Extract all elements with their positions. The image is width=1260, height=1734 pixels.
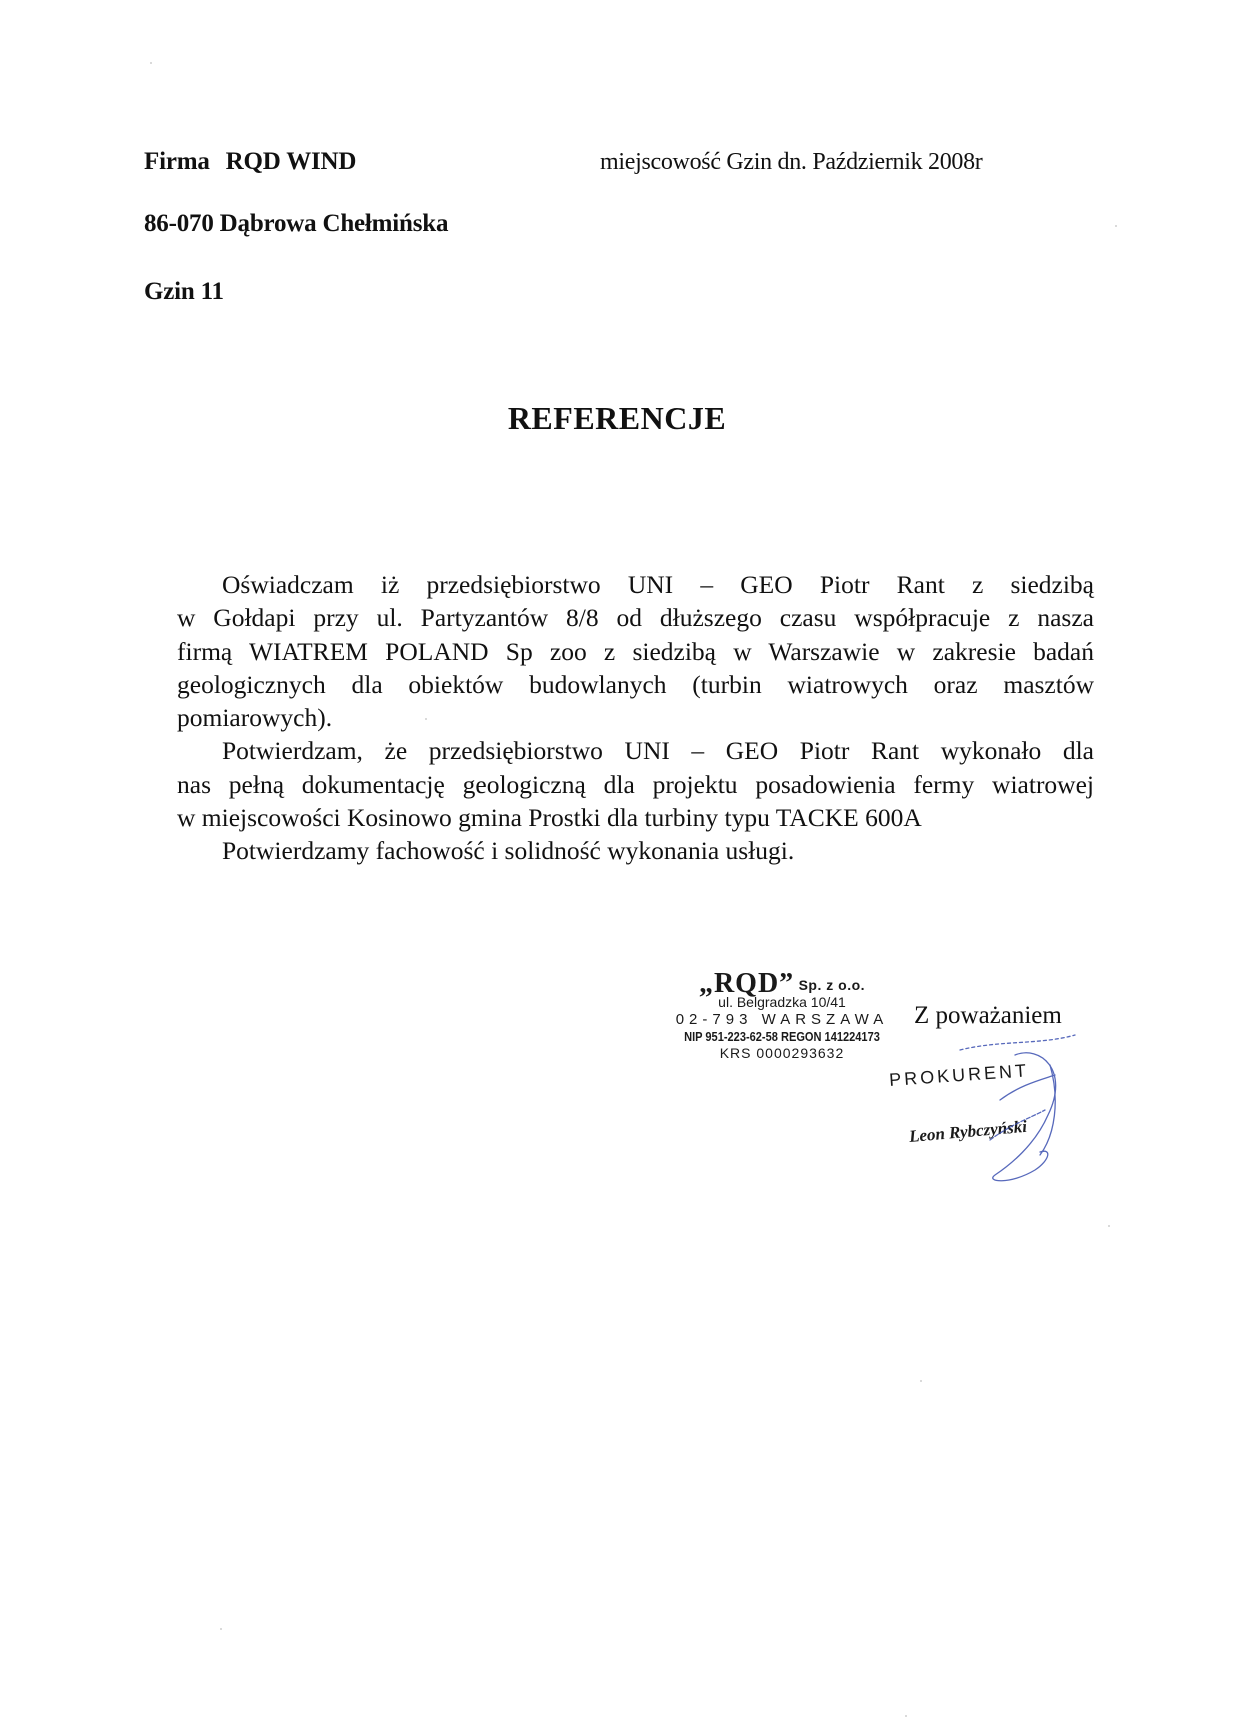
letter-body: Oświadczam iż przedsiębiorstwo UNI – GEO… [177, 568, 1094, 868]
stamp-legal-form: Sp. z o.o. [799, 977, 865, 993]
body-line: w miejscowości Kosinowo gmina Prostki dl… [177, 801, 1094, 834]
paragraph-3: Potwierdzamy fachowość i solidność wykon… [177, 834, 1094, 867]
paragraph-2: Potwierdzam, że przedsiębiorstwo UNI – G… [177, 734, 1094, 834]
place-date: miejscowość Gzin dn. Październik 2008r [600, 149, 983, 176]
closing-text: Z poważaniem [914, 1002, 1062, 1030]
signer-role-stamp: PROKURENT [889, 1060, 1030, 1091]
scan-speck [1108, 1225, 1110, 1227]
stamp-street: ul. Belgradzka 10/41 [632, 994, 932, 1011]
stamp-city: 02-793 WARSZAWA [632, 1011, 932, 1028]
handwritten-signature-icon [940, 1030, 1110, 1200]
sender-street: Gzin 11 [144, 278, 224, 306]
body-line: Potwierdzamy fachowość i solidność wykon… [177, 834, 1094, 867]
scan-speck [920, 1380, 922, 1382]
scan-speck [220, 1628, 222, 1630]
stamp-krs: KRS 0000293632 [632, 1045, 932, 1062]
document-title: REFERENCJE [0, 400, 1234, 437]
sender-company-label: Firma [144, 148, 210, 175]
body-line: geologicznych dla obiektów budowlanych (… [177, 668, 1094, 701]
stamp-firm: „RQD” Sp. z o.o. [632, 975, 932, 994]
scan-speck [425, 718, 427, 720]
body-line: nas pełną dokumentację geologiczną dla p… [177, 768, 1094, 801]
body-line: w Gołdapi przy ul. Partyzantów 8/8 od dł… [177, 601, 1094, 634]
body-line: pomiarowych). [177, 701, 1094, 734]
letter-page: FirmaRQD WIND 86-070 Dąbrowa Chełmińska … [0, 0, 1260, 1734]
body-line: Oświadczam iż przedsiębiorstwo UNI – GEO… [177, 568, 1094, 601]
scan-speck [1115, 225, 1117, 227]
company-stamp: „RQD” Sp. z o.o. ul. Belgradzka 10/41 02… [632, 975, 932, 1062]
signer-name-stamp: Leon Rybczyński [908, 1117, 1028, 1147]
body-line: firmą WIATREM POLAND Sp zoo z siedzibą w… [177, 635, 1094, 668]
sender-postal-city: 86-070 Dąbrowa Chełmińska [144, 210, 448, 238]
paragraph-1: Oświadczam iż przedsiębiorstwo UNI – GEO… [177, 568, 1094, 734]
scan-speck [905, 1715, 907, 1717]
scan-speck [150, 62, 152, 64]
sender-company-name: RQD WIND [226, 148, 357, 175]
body-line: Potwierdzam, że przedsiębiorstwo UNI – G… [177, 734, 1094, 767]
sender-company: FirmaRQD WIND [144, 148, 356, 176]
stamp-ids: NIP 951-223-62-58 REGON 141224173 [655, 1028, 910, 1045]
